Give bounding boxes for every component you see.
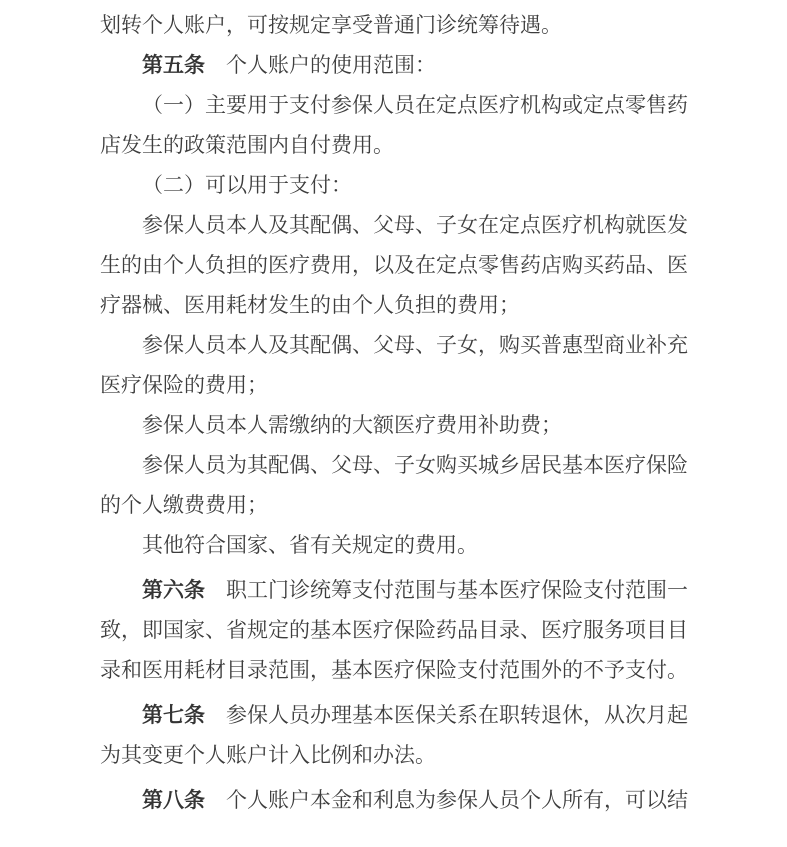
article-number: 第六条 (142, 578, 205, 602)
article-number: 第八条 (142, 788, 205, 812)
paragraph: 划转个人账户，可按规定享受普通门诊统筹待遇。 (100, 5, 688, 45)
article-number: 第五条 (142, 53, 205, 77)
paragraph: （二）可以用于支付： (100, 165, 688, 205)
paragraph-text: 个人账户本金和利息为参保人员个人所有，可以结 (205, 788, 688, 812)
paragraph-text: 个人账户的使用范围： (205, 53, 436, 77)
paragraph: 参保人员本人及其配偶、父母、子女在定点医疗机构就医发生的由个人负担的医疗费用，以… (100, 205, 688, 325)
paragraph-article-8: 第八条 个人账户本金和利息为参保人员个人所有，可以结 (100, 780, 688, 820)
paragraph: 参保人员为其配偶、父母、子女购买城乡居民基本医疗保险的个人缴费费用； (100, 445, 688, 525)
paragraph: 参保人员本人需缴纳的大额医疗费用补助费； (100, 405, 688, 445)
paragraph-article-6: 第六条 职工门诊统筹支付范围与基本医疗保险支付范围一致，即国家、省规定的基本医疗… (100, 570, 688, 690)
article-number: 第七条 (142, 703, 205, 727)
document-page: 划转个人账户，可按规定享受普通门诊统筹待遇。 第五条 个人账户的使用范围： （一… (0, 0, 787, 847)
paragraph: （一）主要用于支付参保人员在定点医疗机构或定点零售药店发生的政策范围内自付费用。 (100, 85, 688, 165)
document-body: 划转个人账户，可按规定享受普通门诊统筹待遇。 第五条 个人账户的使用范围： （一… (100, 5, 688, 820)
paragraph-article-7: 第七条 参保人员办理基本医保关系在职转退休，从次月起为其变更个人账户计入比例和办… (100, 695, 688, 775)
paragraph: 参保人员本人及其配偶、父母、子女，购买普惠型商业补充医疗保险的费用； (100, 325, 688, 405)
paragraph: 其他符合国家、省有关规定的费用。 (100, 525, 688, 565)
paragraph-article-5: 第五条 个人账户的使用范围： (100, 45, 688, 85)
